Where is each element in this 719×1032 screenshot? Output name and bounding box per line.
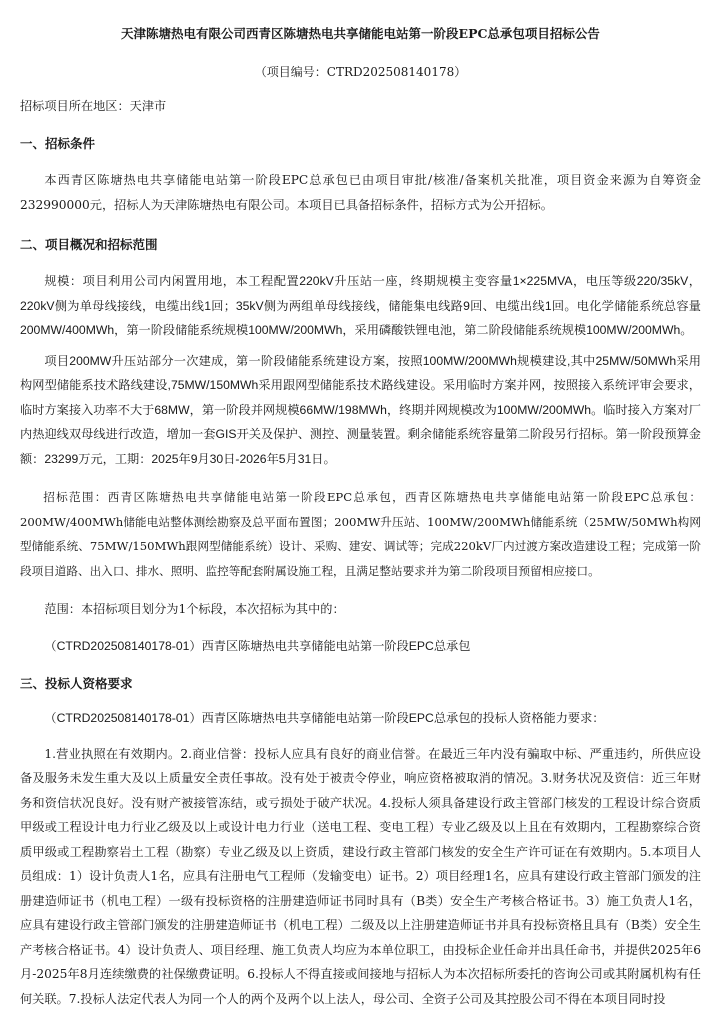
project-number: （项目编号：CTRD202508140178） [20, 62, 701, 82]
qualification-requirements-paragraph: 1.营业执照在有效期内。2.商业信誉：投标人应具有良好的商业信誉。在最近三年内没… [20, 742, 701, 1012]
scale-paragraph: 规模：项目利用公司内闲置用地，本工程配置220kV升压站一座，终期规模主变容量1… [20, 269, 701, 343]
lot-division-paragraph: 范围：本招标项目划分为1个标段，本次招标为其中的： [20, 597, 701, 622]
construction-plan-paragraph: 项目200MW升压站部分一次建成，第一阶段储能系统建设方案，按照100MW/20… [20, 349, 701, 472]
lot-requirement-intro: （CTRD202508140178-01）西青区陈塘热电共享储能电站第一阶段EP… [20, 708, 701, 728]
project-location: 招标项目所在地区：天津市 [20, 96, 701, 116]
section-heading-bidding-conditions: 一、招标条件 [20, 134, 701, 154]
bidding-scope-paragraph: 招标范围：西青区陈塘热电共享储能电站第一阶段EPC总承包，西青区陈塘热电共享储能… [20, 485, 701, 583]
announcement-document: 天津陈塘热电有限公司西青区陈塘热电共享储能电站第一阶段EPC总承包项目招标公告 … [0, 0, 719, 1011]
section-heading-project-overview: 二、项目概况和招标范围 [20, 235, 701, 255]
document-title: 天津陈塘热电有限公司西青区陈塘热电共享储能电站第一阶段EPC总承包项目招标公告 [20, 0, 701, 44]
section-heading-bidder-qualifications: 三、投标人资格要求 [20, 674, 701, 694]
bidding-conditions-paragraph: 本西青区陈塘热电共享储能电站第一阶段EPC总承包已由项目审批/核准/备案机关批准… [20, 168, 701, 217]
lot-item: （CTRD202508140178-01）西青区陈塘热电共享储能电站第一阶段EP… [20, 636, 701, 656]
